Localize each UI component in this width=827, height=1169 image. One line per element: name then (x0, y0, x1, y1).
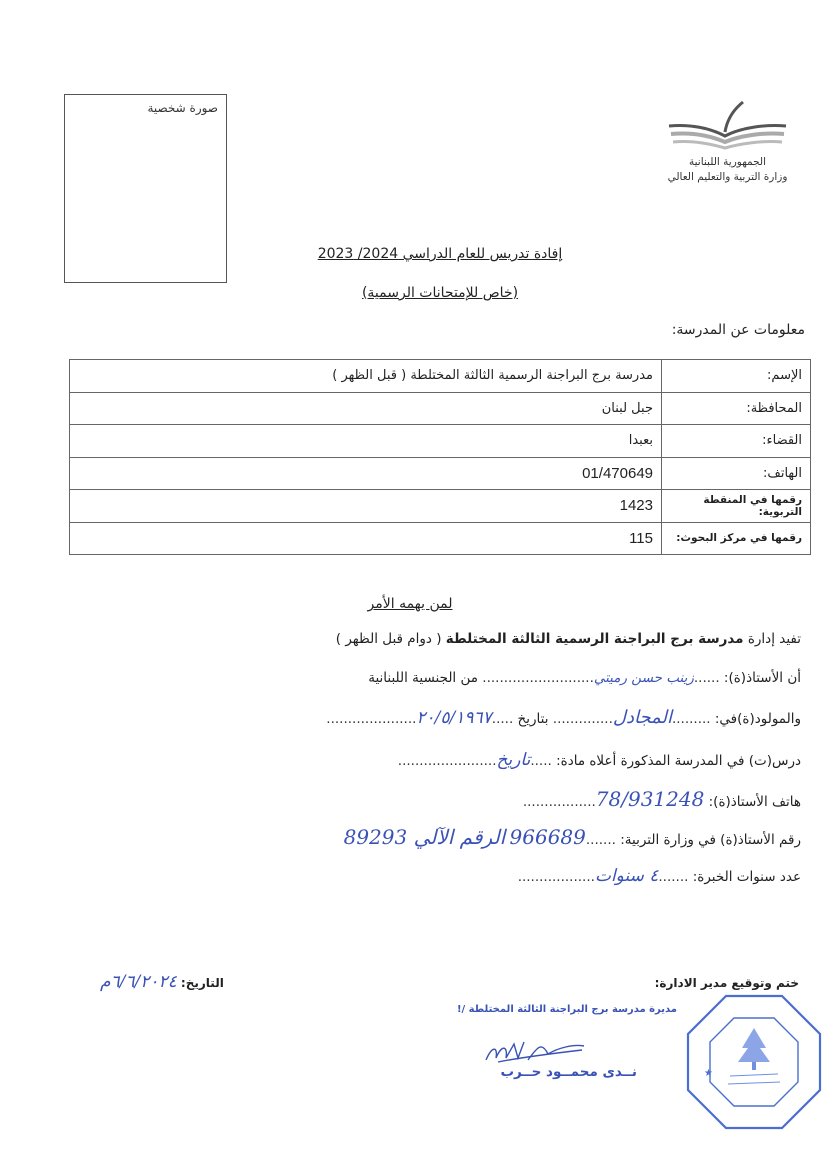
ministry-number-label: رقم الأستاذ(ة) في وزارة التربية: (620, 832, 801, 848)
row-value-district: بعبدا (70, 425, 662, 458)
subject-label: درس(ت) في المدرسة المذكورة أعلاه مادة: (556, 753, 801, 769)
row-label-research-center-number: رقمها في مركز البحوث: (662, 522, 811, 555)
director-title: مديرة مدرسة برج البراجنة الثالثة المختلط… (457, 1004, 677, 1015)
born-date-handwritten: ٢٠/٥/١٩٦٧ (416, 708, 491, 728)
photo-box: صورة شخصية (64, 94, 227, 283)
intro-school-name: مدرسة برج البراجنة الرسمية الثالثة المخت… (446, 631, 744, 647)
date-label: التاريخ: (181, 976, 224, 990)
date-line: التاريخ: ٦/٦/٢٠٢٤م (100, 972, 224, 992)
born-place-handwritten: المجادل (613, 707, 672, 728)
birth-line: والمولود(ة)في: .........المجادل.........… (326, 707, 801, 728)
nationality-text: من الجنسية اللبنانية (368, 670, 478, 686)
automated-number-handwritten: الرقم الآلي 89293 (344, 825, 506, 849)
teacher-name-handwritten: زينب حسن رميتي (594, 670, 694, 686)
subject-handwritten: تاريخ (497, 750, 531, 770)
ministry-logo: الجمهورية اللبنانية وزارة التربية والتعل… (665, 98, 790, 193)
phone-line: هاتف الأستاذ(ة): 78/931248..............… (523, 787, 801, 811)
official-stamp: ★ (684, 992, 824, 1132)
experience-line: عدد سنوات الخبرة: .......٤ سنوات........… (518, 866, 801, 886)
director-name: نــدى محمــود حــرب (500, 1064, 637, 1080)
intro-prefix: تفيد إدارة (748, 631, 801, 647)
logo-ministry: وزارة التربية والتعليم العالي (665, 171, 790, 183)
table-row: الإسم: مدرسة برج البراجنة الرسمية الثالث… (70, 360, 811, 393)
table-row: رقمها في المنقطة التربوية: 1423 (70, 490, 811, 523)
logo-republic: الجمهورية اللبنانية (665, 156, 790, 168)
table-row: المحافظة: جبل لبنان (70, 392, 811, 425)
intro-shift: ( دوام قبل الظهر ) (336, 631, 442, 647)
school-info-table: الإسم: مدرسة برج البراجنة الرسمية الثالث… (69, 359, 811, 555)
page-title: إفادة تدريس للعام الدراسي 2024/ 2023 (250, 246, 630, 262)
teacher-phone-label: هاتف الأستاذ(ة): (709, 794, 801, 810)
intro-line: تفيد إدارة مدرسة برج البراجنة الرسمية ال… (336, 631, 801, 647)
subject-line: درس(ت) في المدرسة المذكورة أعلاه مادة: .… (398, 750, 801, 770)
row-label-district: القضاء: (662, 425, 811, 458)
row-label-edu-zone-number: رقمها في المنقطة التربوية: (662, 490, 811, 523)
born-date-label: بتاريخ (518, 711, 549, 727)
experience-handwritten: ٤ سنوات (595, 866, 658, 886)
table-row: القضاء: بعبدا (70, 425, 811, 458)
experience-label: عدد سنوات الخبرة: (693, 869, 801, 885)
svg-text:★: ★ (704, 1068, 713, 1079)
ministry-number-handwritten: 966689 (510, 825, 586, 849)
date-handwritten: ٦/٦/٢٠٢٤م (100, 972, 177, 992)
teacher-label: أن الأستاذ(ة): (724, 670, 801, 686)
row-value-governorate: جبل لبنان (70, 392, 662, 425)
born-label: والمولود(ة)في: (715, 711, 801, 727)
row-value-phone: 01/470649 (70, 457, 662, 490)
table-row: الهاتف: 01/470649 (70, 457, 811, 490)
row-label-governorate: المحافظة: (662, 392, 811, 425)
cedar-tree-icon (738, 1028, 770, 1070)
stamp-signature-label: ختم وتوقيع مدير الادارة: (655, 976, 799, 990)
row-value-research-center-number: 115 (70, 522, 662, 555)
table-row: رقمها في مركز البحوث: 115 (70, 522, 811, 555)
photo-label: صورة شخصية (147, 101, 218, 115)
teacher-line: أن الأستاذ(ة): ......زينب حسن رميتي.....… (368, 670, 801, 686)
to-whom-heading: لمن يهمه الأمر (330, 596, 490, 612)
ministry-number-line: رقم الأستاذ(ة) في وزارة التربية: .......… (344, 825, 801, 849)
page-subtitle: (خاص للإمتحانات الرسمية) (250, 285, 630, 301)
row-label-name: الإسم: (662, 360, 811, 393)
row-label-phone: الهاتف: (662, 457, 811, 490)
school-info-heading: معلومات عن المدرسة: (672, 322, 805, 338)
row-value-name: مدرسة برج البراجنة الرسمية الثالثة المخت… (70, 360, 662, 393)
teacher-phone-handwritten: 78/931248 (596, 787, 705, 811)
open-book-icon (665, 98, 790, 150)
row-value-edu-zone-number: 1423 (70, 490, 662, 523)
